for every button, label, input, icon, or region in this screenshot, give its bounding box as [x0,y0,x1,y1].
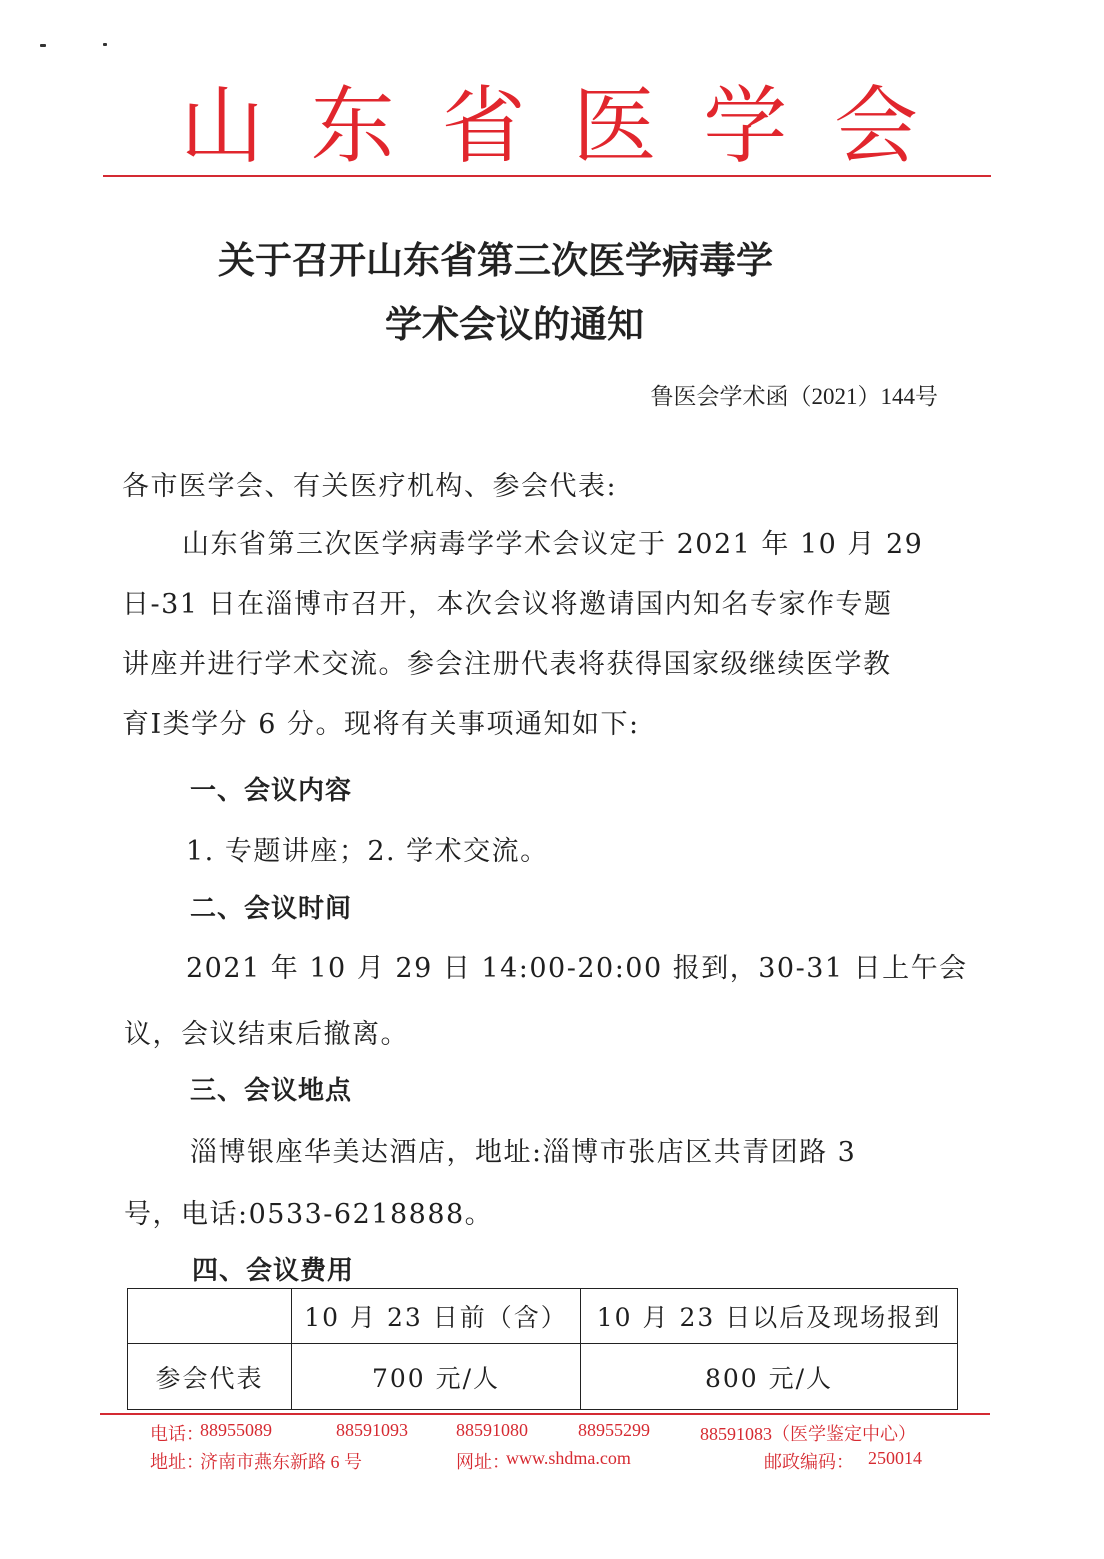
fee-table-header-cell [128,1289,292,1344]
footer-postcode-label: 邮政编码： [764,1448,854,1474]
footer-phone: 88955299 [578,1420,650,1441]
footer-contact: 地址： 济南市燕东新路 6 号 网址： www.shdma.com 邮政编码： … [150,1448,950,1472]
fee-table-header-cell: 10 月 23 日以后及现场报到 [581,1289,958,1344]
footer-address: 济南市燕东新路 6 号 [200,1448,362,1474]
section-time-line: 议，会议结束后撤离。 [124,1012,954,1051]
fee-table-cell: 参会代表 [128,1344,292,1410]
salutation: 各市医学会、有关医疗机构、参会代表: [122,464,952,503]
masthead-char: 山 [180,84,264,168]
section-venue-line: 淄博银座华美达酒店，地址:淄博市张店区共青团路 3 [190,1130,1020,1169]
footer-phone: 88591083（医学鉴定中心） [700,1420,916,1446]
section-content-line: 1. 专题讲座；2. 学术交流。 [186,829,1016,868]
footer-phone-label: 电话： [150,1420,204,1446]
footer-phone: 88591093 [336,1420,408,1441]
section-heading-venue: 三、会议地点 [190,1070,1020,1107]
section-venue-line: 号，电话:0533-6218888。 [124,1192,954,1231]
section-heading-content: 一、会议内容 [190,770,1020,807]
footer-phone: 88955089 [200,1420,272,1441]
footer-phones: 电话： 88955089 88591093 88591080 88955299 … [150,1420,950,1444]
fee-table: 10 月 23 日前（含） 10 月 23 日以后及现场报到 参会代表 700 … [127,1288,958,1410]
intro-line: 山东省第三次医学病毒学学术会议定于 2021 年 10 月 29 [182,522,1012,561]
footer-website[interactable]: www.shdma.com [506,1448,631,1469]
masthead-char: 会 [834,84,918,168]
masthead-char: 学 [703,84,787,168]
intro-line: 日-31 日在淄博市召开，本次会议将邀请国内知名专家作专题 [122,582,952,621]
footer-website-label: 网址： [456,1448,510,1474]
fee-table-row: 参会代表 700 元/人 800 元/人 [128,1344,958,1410]
footer-divider [100,1413,990,1415]
scan-speck [103,43,107,46]
document-title-line2: 学术会议的通知 [385,294,1104,348]
masthead-organization: 山 东 省 医 学 会 [100,78,1000,173]
masthead-char: 省 [442,84,526,168]
fee-table-cell: 800 元/人 [581,1344,958,1410]
footer-phone: 88591080 [456,1420,528,1441]
section-time-line: 2021 年 10 月 29 日 14:00-20:00 报到，30-31 日上… [186,946,1016,985]
document-title-line1: 关于召开山东省第三次医学病毒学 [218,230,1104,284]
footer-postcode: 250014 [868,1448,922,1469]
scan-speck [40,44,46,47]
fee-table-cell: 700 元/人 [292,1344,581,1410]
intro-line: 讲座并进行学术交流。参会注册代表将获得国家级继续医学教 [122,642,952,681]
fee-table-header-row: 10 月 23 日前（含） 10 月 23 日以后及现场报到 [128,1289,958,1344]
footer-address-label: 地址： [150,1448,204,1474]
masthead-char: 医 [572,84,656,168]
fee-table-header-cell: 10 月 23 日前（含） [292,1289,581,1344]
section-heading-fees: 四、会议费用 [192,1250,1022,1287]
masthead-char: 东 [311,84,395,168]
intro-line: 育Ⅰ类学分 6 分。现将有关事项通知如下: [122,702,952,741]
section-heading-time: 二、会议时间 [190,888,1020,925]
document-number: 鲁医会学术函（2021）144号 [651,378,939,411]
masthead-divider [103,175,991,177]
